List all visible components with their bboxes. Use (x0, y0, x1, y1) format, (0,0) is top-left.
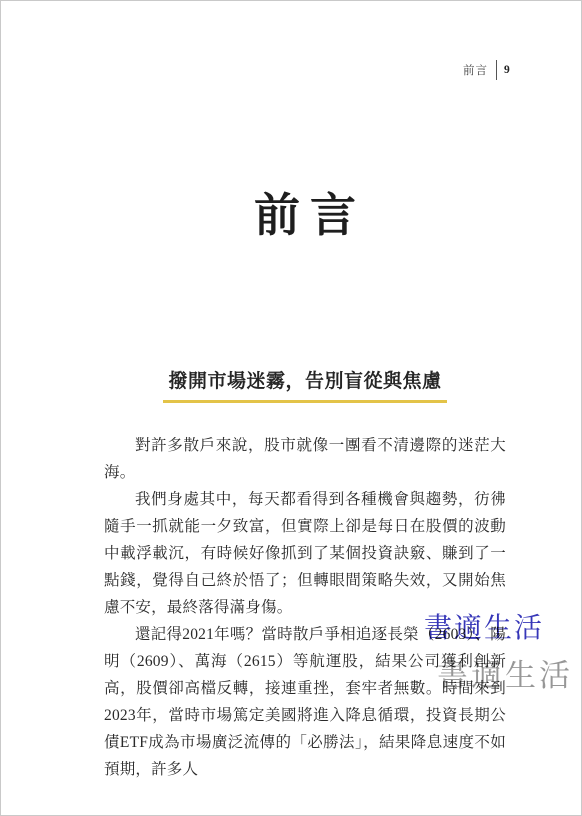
running-header: 前言 9 (463, 58, 510, 82)
paragraph: 還記得2021年嗎？當時散戶爭相追逐長榮（2603）、陽明（2609）、萬海（2… (104, 621, 506, 783)
page-number: 9 (504, 64, 510, 76)
running-header-title: 前言 (463, 62, 488, 78)
body-text: 對許多散戶來說，股市就像一團看不清邊際的迷茫大海。 我們身處其中，每天都看得到各… (104, 432, 506, 783)
section-heading: 撥開市場迷霧，告別盲從與焦慮 (163, 369, 446, 403)
paragraph: 對許多散戶來說，股市就像一團看不清邊際的迷茫大海。 (104, 432, 506, 486)
section-heading-wrap: 撥開市場迷霧，告別盲從與焦慮 (104, 369, 506, 403)
book-page: 前言 9 前言 撥開市場迷霧，告別盲從與焦慮 對許多散戶來說，股市就像一團看不清… (0, 0, 582, 816)
paragraph: 我們身處其中，每天都看得到各種機會與趨勢，彷彿隨手一抓就能一夕致富，但實際上卻是… (104, 486, 506, 621)
header-divider (496, 60, 497, 80)
chapter-title: 前言 (104, 187, 506, 245)
